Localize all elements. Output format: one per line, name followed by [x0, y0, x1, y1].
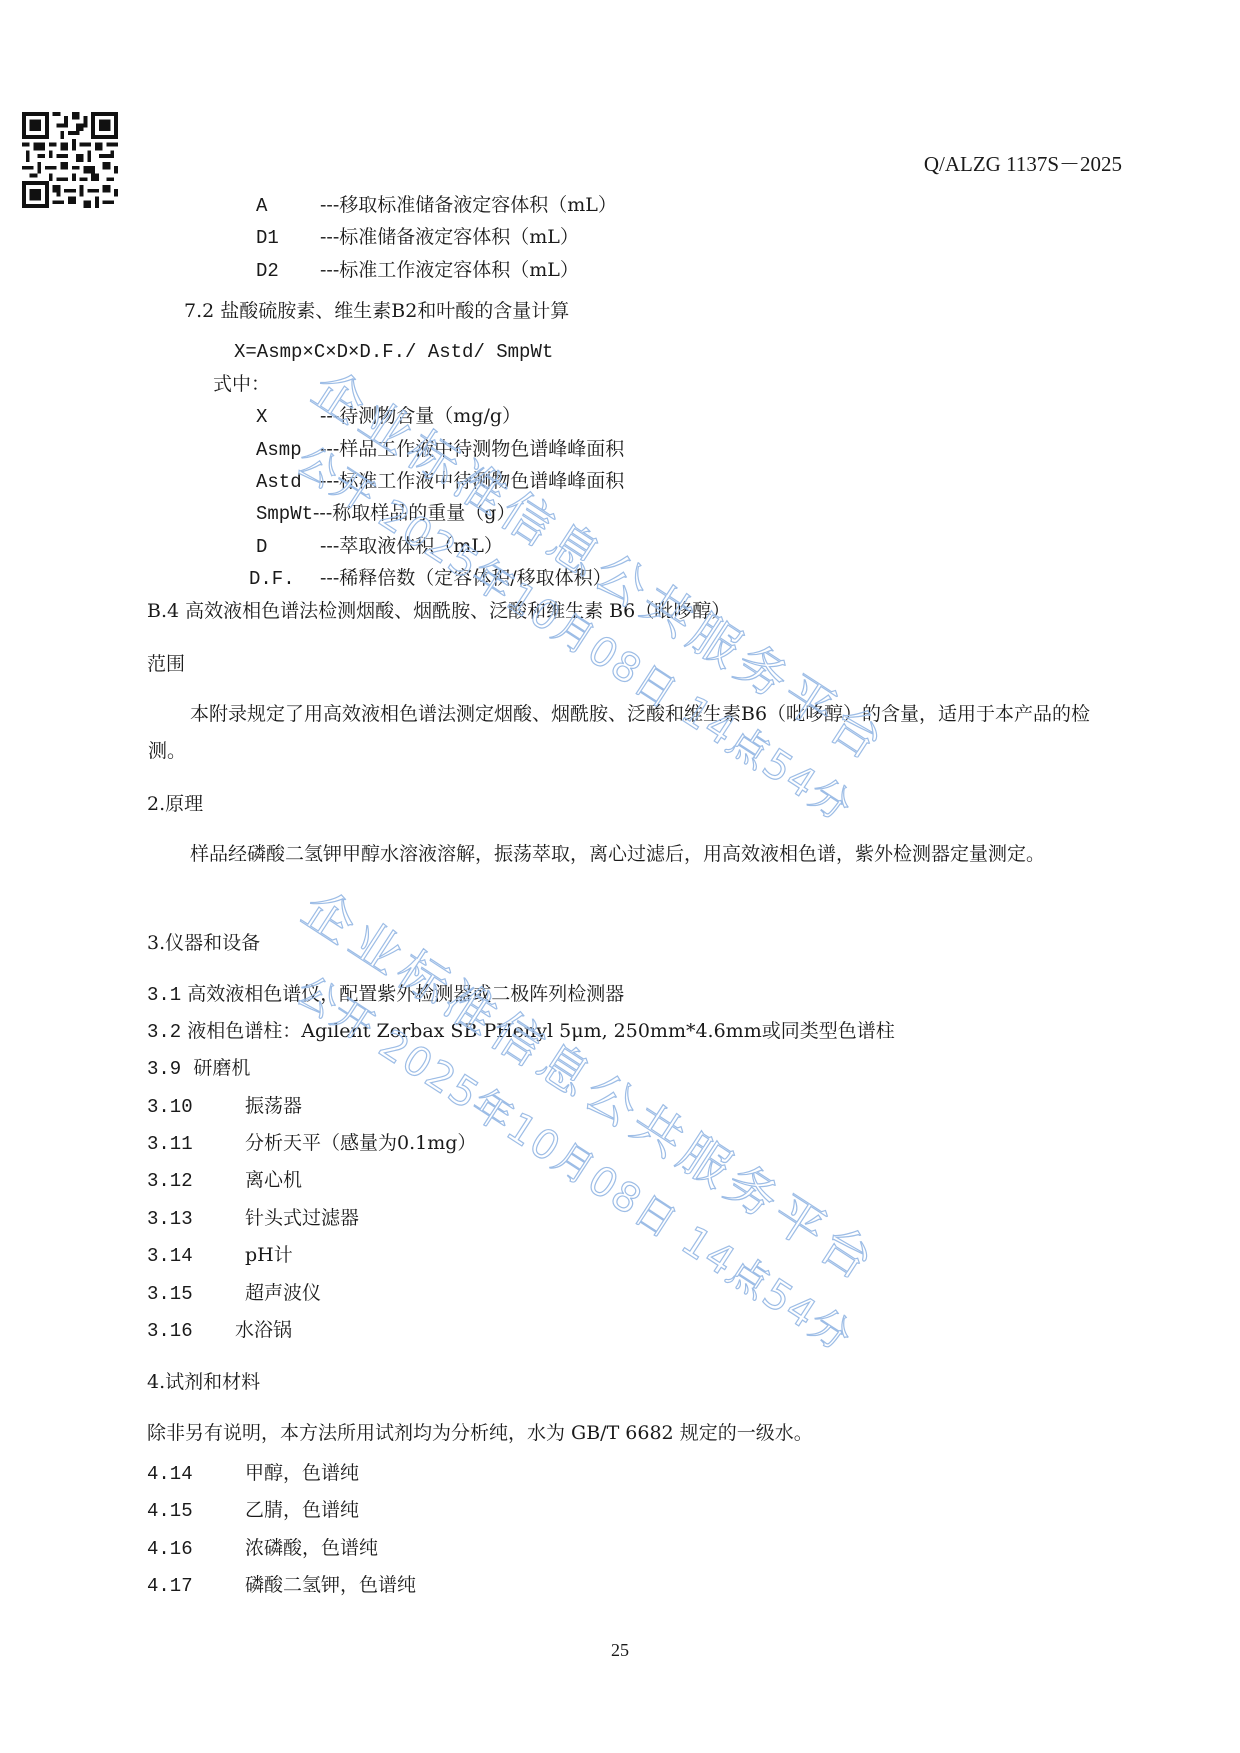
item-number: 4.14 [147, 1462, 245, 1486]
item-text: 离心机 [245, 1169, 302, 1191]
definition-symbol: Asmp [256, 438, 320, 462]
section-heading-b4: B.4 高效液相色谱法检测烟酸、烟酰胺、泛酸和维生素 B6（吡哆醇） [147, 599, 730, 623]
scope-paragraph: 本附录规定了用高效液相色谱法测定烟酸、烟酰胺、泛酸和维生素B6（吡哆醇）的含量，… [148, 696, 1124, 770]
definition-symbol: SmpWt [256, 503, 313, 525]
equipment-item: 3.12离心机 [147, 1168, 302, 1193]
definition-desc: ---稀释倍数（定容体积/移取体积） [320, 567, 612, 589]
item-number: 3.2 [147, 1021, 181, 1043]
item-text: pH计 [245, 1244, 293, 1266]
item-number: 3.9 [147, 1058, 181, 1080]
formula: X=Asmp×C×D×D.F./ Astd/ SmpWt [234, 340, 553, 364]
definition-row: A---移取标准储备液定容体积（mL） [256, 193, 617, 218]
definition-row: D1---标准储备液定容体积（mL） [256, 225, 579, 250]
equipment-item: 3.2 液相色谱柱：Agilent Zorbax SB PHenyl 5μm, … [147, 1019, 895, 1044]
definition-symbol: D2 [256, 259, 320, 283]
definition-desc: ---标准工作液定容体积（mL） [320, 259, 579, 281]
definition-symbol: A [256, 194, 320, 218]
definition-row: Asmp---样品工作液中待测物色谱峰峰面积 [256, 437, 624, 462]
qr-code-icon [22, 112, 118, 208]
item-text: 振荡器 [245, 1095, 302, 1117]
document-page: Q/ALZG 1137S－2025 A---移取标准储备液定容体积（mL） D1… [0, 0, 1240, 1753]
equipment-item: 3.13针头式过滤器 [147, 1206, 359, 1231]
item-number: 3.13 [147, 1207, 245, 1231]
definition-desc: ---标准工作液中待测物色谱峰峰面积 [320, 470, 624, 492]
item-number: 3.15 [147, 1282, 245, 1306]
watermark-platform: 企业标准信息公共服务平台 [291, 870, 894, 1296]
definition-desc: ---称取样品的重量（g） [313, 502, 515, 524]
item-text: 超声波仪 [245, 1282, 321, 1304]
definition-row: D2---标准工作液定容体积（mL） [256, 258, 579, 283]
item-text: 甲醇，色谱纯 [245, 1462, 359, 1484]
item-number: 3.16 [147, 1319, 235, 1343]
item-number: 3.11 [147, 1132, 245, 1156]
item-number: 3.1 [147, 984, 181, 1006]
item-text: 水浴锅 [235, 1319, 292, 1341]
item-text: 磷酸二氢钾，色谱纯 [245, 1574, 416, 1596]
definition-desc: ---标准储备液定容体积（mL） [320, 226, 579, 248]
item-text: 针头式过滤器 [245, 1207, 359, 1229]
item-number: 4.15 [147, 1499, 245, 1523]
reagent-item: 4.14甲醇，色谱纯 [147, 1461, 359, 1486]
item-number: 4.16 [147, 1537, 245, 1561]
definition-symbol: D1 [256, 226, 320, 250]
reagent-item: 4.17磷酸二氢钾，色谱纯 [147, 1573, 416, 1598]
equipment-item: 3.9 研磨机 [147, 1056, 250, 1081]
item-text: 高效液相色谱仪，配置紫外检测器或二极阵列检测器 [187, 983, 624, 1005]
item-number: 3.12 [147, 1169, 245, 1193]
reagents-note: 除非另有说明，本方法所用试剂均为分析纯，水为 GB/T 6682 规定的一级水。 [147, 1421, 813, 1445]
definition-desc: ---移取标准储备液定容体积（mL） [320, 194, 617, 216]
definition-symbol: Astd [256, 470, 320, 494]
definition-row: SmpWt---称取样品的重量（g） [256, 501, 515, 526]
page-number: 25 [0, 1640, 1240, 1661]
reagent-item: 4.15乙腈，色谱纯 [147, 1498, 359, 1523]
item-text: 研磨机 [193, 1057, 250, 1079]
equipment-item: 3.1 高效液相色谱仪，配置紫外检测器或二极阵列检测器 [147, 982, 624, 1007]
item-text: 乙腈，色谱纯 [245, 1499, 359, 1521]
item-text: 液相色谱柱：Agilent Zorbax SB PHenyl 5μm, 250m… [187, 1020, 894, 1042]
item-number: 3.14 [147, 1244, 245, 1268]
definition-row: Astd---标准工作液中待测物色谱峰峰面积 [256, 469, 624, 494]
equipment-item: 3.11分析天平（感量为0.1mg） [147, 1131, 476, 1156]
definition-symbol: D.F. [249, 567, 320, 591]
section-heading-7-2: 7.2 盐酸硫胺素、维生素B2和叶酸的含量计算 [184, 299, 569, 323]
definition-row: X---待测物含量（mg/g） [256, 404, 521, 429]
definition-row: D---萃取液体积（mL） [256, 534, 503, 559]
principle-heading: 2.原理 [147, 792, 203, 816]
item-number: 3.10 [147, 1095, 245, 1119]
reagent-item: 4.16浓磷酸，色谱纯 [147, 1536, 378, 1561]
scope-heading: 范围 [147, 652, 185, 676]
equipment-item: 3.14pH计 [147, 1243, 293, 1268]
equipment-item: 3.16水浴锅 [147, 1318, 292, 1343]
item-text: 分析天平（感量为0.1mg） [245, 1132, 476, 1154]
equipment-heading: 3.仪器和设备 [147, 931, 260, 955]
equipment-item: 3.10振荡器 [147, 1094, 302, 1119]
principle-paragraph: 样品经磷酸二氢钾甲醇水溶液溶解，振荡萃取，离心过滤后，用高效液相色谱，紫外检测器… [148, 836, 1124, 873]
definition-symbol: D [256, 535, 320, 559]
definition-desc: ---待测物含量（mg/g） [320, 405, 521, 427]
definition-desc: ---样品工作液中待测物色谱峰峰面积 [320, 438, 624, 460]
document-code: Q/ALZG 1137S－2025 [924, 148, 1122, 178]
definition-desc: ---萃取液体积（mL） [320, 535, 503, 557]
item-number: 4.17 [147, 1574, 245, 1598]
item-text: 浓磷酸，色谱纯 [245, 1537, 378, 1559]
definition-symbol: X [256, 405, 320, 429]
definition-row: D.F.---稀释倍数（定容体积/移取体积） [249, 566, 612, 591]
equipment-item: 3.15超声波仪 [147, 1281, 321, 1306]
where-label: 式中： [213, 372, 270, 396]
reagents-heading: 4.试剂和材料 [147, 1370, 260, 1394]
